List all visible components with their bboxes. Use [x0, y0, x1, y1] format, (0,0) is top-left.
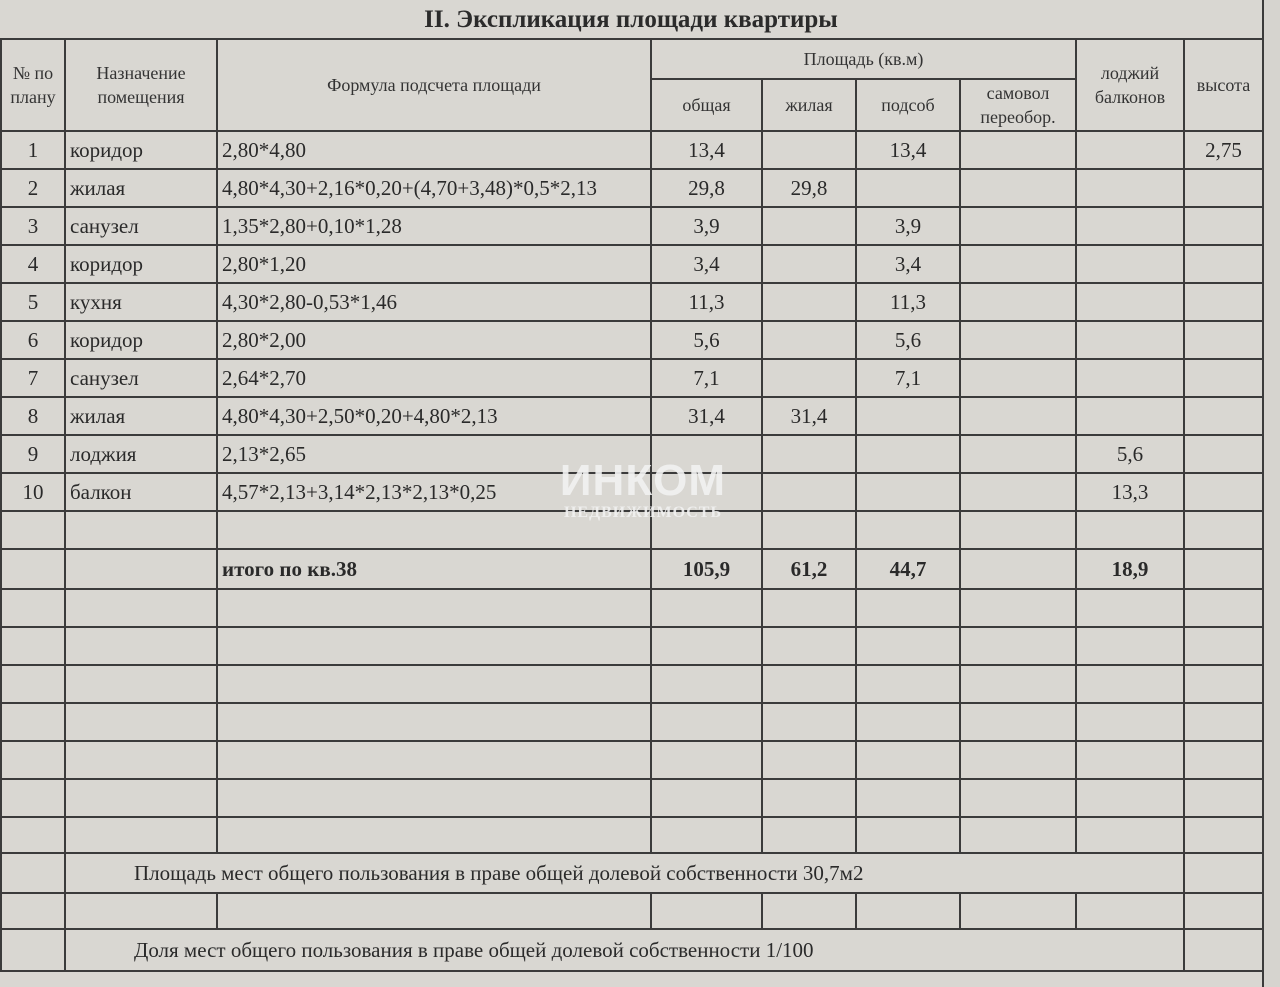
area-formula: 4,80*4,30+2,50*0,20+4,80*2,13 — [217, 397, 651, 435]
header-auxiliary: подсоб — [856, 79, 960, 131]
area-unauthorized — [960, 245, 1076, 283]
empty-cell — [65, 665, 217, 703]
header-living: жилая — [762, 79, 856, 131]
empty-cell — [960, 627, 1076, 665]
empty-cell — [856, 741, 960, 779]
area-auxiliary: 7,1 — [856, 359, 960, 397]
empty-cell — [856, 665, 960, 703]
empty-cell — [217, 779, 651, 817]
empty-cell — [856, 511, 960, 549]
ceiling-height — [1184, 473, 1263, 511]
empty-cell — [1184, 853, 1263, 893]
empty-cell — [1, 511, 65, 549]
blank-row — [1, 665, 1263, 703]
area-unauthorized — [960, 397, 1076, 435]
area-loggia: 13,3 — [1076, 473, 1184, 511]
empty-cell — [1, 627, 65, 665]
empty-cell — [65, 703, 217, 741]
empty-cell — [1, 549, 65, 589]
empty-cell — [1, 741, 65, 779]
totals-area-auxiliary: 44,7 — [856, 549, 960, 589]
empty-cell — [960, 893, 1076, 929]
row-number: 10 — [1, 473, 65, 511]
row-number: 2 — [1, 169, 65, 207]
empty-cell — [65, 589, 217, 627]
area-unauthorized — [960, 131, 1076, 169]
room-purpose: санузел — [65, 207, 217, 245]
table-row: 7санузел2,64*2,707,17,1 — [1, 359, 1263, 397]
empty-cell — [651, 779, 762, 817]
ceiling-height — [1184, 245, 1263, 283]
common-area-note: Площадь мест общего пользования в праве … — [65, 853, 1184, 893]
empty-cell — [1184, 817, 1263, 853]
room-purpose: коридор — [65, 131, 217, 169]
area-loggia — [1076, 169, 1184, 207]
empty-cell — [762, 511, 856, 549]
empty-cell — [1076, 779, 1184, 817]
totals-ceiling-height — [1184, 549, 1263, 589]
empty-cell — [651, 893, 762, 929]
blank-row — [1, 511, 1263, 549]
area-unauthorized — [960, 473, 1076, 511]
empty-cell — [1184, 929, 1263, 971]
empty-cell — [217, 511, 651, 549]
area-loggia — [1076, 397, 1184, 435]
area-total: 3,9 — [651, 207, 762, 245]
area-total: 29,8 — [651, 169, 762, 207]
empty-cell — [1076, 627, 1184, 665]
empty-cell — [1, 665, 65, 703]
area-explication-table: № по плану Назначение помещения Формула … — [0, 38, 1264, 972]
empty-cell — [1, 817, 65, 853]
area-unauthorized — [960, 207, 1076, 245]
ceiling-height — [1184, 359, 1263, 397]
area-formula: 2,80*2,00 — [217, 321, 651, 359]
area-auxiliary — [856, 169, 960, 207]
empty-cell — [217, 817, 651, 853]
empty-cell — [856, 893, 960, 929]
empty-cell — [856, 817, 960, 853]
area-total — [651, 435, 762, 473]
empty-cell — [1184, 741, 1263, 779]
row-number: 7 — [1, 359, 65, 397]
empty-cell — [651, 627, 762, 665]
area-total: 13,4 — [651, 131, 762, 169]
room-purpose: коридор — [65, 245, 217, 283]
empty-cell — [1184, 665, 1263, 703]
area-living — [762, 435, 856, 473]
row-number: 6 — [1, 321, 65, 359]
empty-cell — [1, 589, 65, 627]
area-total: 7,1 — [651, 359, 762, 397]
empty-cell — [1076, 741, 1184, 779]
header-unauthorized: самовол переобор. — [960, 79, 1076, 131]
area-living — [762, 207, 856, 245]
empty-cell — [856, 779, 960, 817]
area-total: 11,3 — [651, 283, 762, 321]
table-row: 5кухня4,30*2,80-0,53*1,4611,311,3 — [1, 283, 1263, 321]
blank-row — [1, 703, 1263, 741]
table-row: 8жилая4,80*4,30+2,50*0,20+4,80*2,1331,43… — [1, 397, 1263, 435]
area-living — [762, 473, 856, 511]
table-row: 2жилая4,80*4,30+2,16*0,20+(4,70+3,48)*0,… — [1, 169, 1263, 207]
area-unauthorized — [960, 321, 1076, 359]
blank-row — [1, 589, 1263, 627]
area-unauthorized — [960, 169, 1076, 207]
empty-cell — [1, 703, 65, 741]
row-number: 9 — [1, 435, 65, 473]
empty-cell — [217, 703, 651, 741]
ceiling-height — [1184, 207, 1263, 245]
area-living — [762, 131, 856, 169]
empty-cell — [65, 549, 217, 589]
table-row: 4коридор2,80*1,203,43,4 — [1, 245, 1263, 283]
area-formula: 4,57*2,13+3,14*2,13*2,13*0,25 — [217, 473, 651, 511]
totals-area-total: 105,9 — [651, 549, 762, 589]
note-row: Доля мест общего пользования в праве общ… — [1, 929, 1263, 971]
empty-cell — [65, 893, 217, 929]
empty-cell — [1184, 779, 1263, 817]
empty-cell — [1076, 703, 1184, 741]
area-auxiliary: 5,6 — [856, 321, 960, 359]
empty-cell — [651, 817, 762, 853]
area-loggia: 5,6 — [1076, 435, 1184, 473]
area-loggia — [1076, 207, 1184, 245]
empty-cell — [762, 817, 856, 853]
header-formula: Формула подсчета площади — [217, 39, 651, 131]
room-purpose: кухня — [65, 283, 217, 321]
area-living: 31,4 — [762, 397, 856, 435]
area-auxiliary: 11,3 — [856, 283, 960, 321]
totals-area-living: 61,2 — [762, 549, 856, 589]
empty-cell — [1076, 817, 1184, 853]
area-formula: 4,80*4,30+2,16*0,20+(4,70+3,48)*0,5*2,13 — [217, 169, 651, 207]
area-living — [762, 283, 856, 321]
empty-cell — [1184, 893, 1263, 929]
empty-cell — [1076, 893, 1184, 929]
empty-cell — [762, 627, 856, 665]
empty-cell — [960, 817, 1076, 853]
totals-area-unauthorized — [960, 549, 1076, 589]
area-loggia — [1076, 245, 1184, 283]
empty-cell — [1184, 627, 1263, 665]
empty-cell — [651, 741, 762, 779]
area-auxiliary — [856, 397, 960, 435]
empty-cell — [856, 627, 960, 665]
blank-row — [1, 893, 1263, 929]
common-share-note: Доля мест общего пользования в праве общ… — [65, 929, 1184, 971]
table-row: 1коридор2,80*4,8013,413,42,75 — [1, 131, 1263, 169]
row-number: 3 — [1, 207, 65, 245]
empty-cell — [1076, 665, 1184, 703]
area-total — [651, 473, 762, 511]
area-formula: 2,13*2,65 — [217, 435, 651, 473]
empty-cell — [65, 741, 217, 779]
table-row: 10балкон4,57*2,13+3,14*2,13*2,13*0,2513,… — [1, 473, 1263, 511]
room-purpose: лоджия — [65, 435, 217, 473]
empty-cell — [651, 665, 762, 703]
ceiling-height — [1184, 169, 1263, 207]
row-number: 8 — [1, 397, 65, 435]
empty-cell — [1076, 589, 1184, 627]
empty-cell — [217, 589, 651, 627]
document-title: II. Экспликация площади квартиры — [0, 2, 1262, 38]
area-auxiliary — [856, 435, 960, 473]
ceiling-height — [1184, 397, 1263, 435]
area-loggia — [1076, 131, 1184, 169]
ceiling-height: 2,75 — [1184, 131, 1263, 169]
table-row: 9лоджия2,13*2,655,6 — [1, 435, 1263, 473]
empty-cell — [1, 893, 65, 929]
empty-cell — [762, 741, 856, 779]
ceiling-height — [1184, 321, 1263, 359]
empty-cell — [65, 779, 217, 817]
empty-cell — [856, 703, 960, 741]
area-loggia — [1076, 283, 1184, 321]
area-auxiliary — [856, 473, 960, 511]
totals-area-loggia: 18,9 — [1076, 549, 1184, 589]
area-auxiliary: 13,4 — [856, 131, 960, 169]
area-total: 5,6 — [651, 321, 762, 359]
header-height: высота — [1184, 39, 1263, 131]
empty-cell — [762, 665, 856, 703]
empty-cell — [217, 627, 651, 665]
empty-cell — [651, 589, 762, 627]
empty-cell — [1, 779, 65, 817]
area-formula: 2,80*1,20 — [217, 245, 651, 283]
area-formula: 1,35*2,80+0,10*1,28 — [217, 207, 651, 245]
area-formula: 2,64*2,70 — [217, 359, 651, 397]
empty-cell — [762, 893, 856, 929]
area-auxiliary: 3,9 — [856, 207, 960, 245]
blank-row — [1, 779, 1263, 817]
empty-cell — [217, 893, 651, 929]
empty-cell — [651, 703, 762, 741]
area-loggia — [1076, 359, 1184, 397]
empty-cell — [960, 741, 1076, 779]
row-number: 4 — [1, 245, 65, 283]
area-total: 31,4 — [651, 397, 762, 435]
empty-cell — [960, 665, 1076, 703]
room-purpose: балкон — [65, 473, 217, 511]
blank-row — [1, 741, 1263, 779]
empty-cell — [856, 589, 960, 627]
empty-cell — [960, 703, 1076, 741]
area-formula: 4,30*2,80-0,53*1,46 — [217, 283, 651, 321]
empty-cell — [1184, 511, 1263, 549]
header-loggias: лоджий балконов — [1076, 39, 1184, 131]
empty-cell — [762, 589, 856, 627]
area-formula: 2,80*4,80 — [217, 131, 651, 169]
area-living — [762, 245, 856, 283]
room-purpose: коридор — [65, 321, 217, 359]
area-total: 3,4 — [651, 245, 762, 283]
area-unauthorized — [960, 359, 1076, 397]
area-living — [762, 321, 856, 359]
room-purpose: санузел — [65, 359, 217, 397]
empty-cell — [65, 627, 217, 665]
table-row: 6коридор2,80*2,005,65,6 — [1, 321, 1263, 359]
header-total: общая — [651, 79, 762, 131]
blank-row — [1, 627, 1263, 665]
note-row: Площадь мест общего пользования в праве … — [1, 853, 1263, 893]
room-purpose: жилая — [65, 169, 217, 207]
area-living — [762, 359, 856, 397]
header-purpose: Назначение помещения — [65, 39, 217, 131]
header-plan-no: № по плану — [1, 39, 65, 131]
empty-cell — [960, 511, 1076, 549]
empty-cell — [1, 929, 65, 971]
area-unauthorized — [960, 435, 1076, 473]
empty-cell — [1076, 511, 1184, 549]
empty-cell — [651, 511, 762, 549]
area-auxiliary: 3,4 — [856, 245, 960, 283]
row-number: 1 — [1, 131, 65, 169]
empty-cell — [217, 665, 651, 703]
document-sheet: II. Экспликация площади квартиры № по пл… — [0, 0, 1264, 987]
table-row: 3санузел1,35*2,80+0,10*1,283,93,9 — [1, 207, 1263, 245]
blank-row — [1, 817, 1263, 853]
empty-cell — [960, 589, 1076, 627]
area-living: 29,8 — [762, 169, 856, 207]
empty-cell — [1184, 703, 1263, 741]
empty-cell — [1, 853, 65, 893]
empty-cell — [1184, 589, 1263, 627]
header-area-group: Площадь (кв.м) — [651, 39, 1076, 79]
ceiling-height — [1184, 435, 1263, 473]
empty-cell — [65, 511, 217, 549]
area-unauthorized — [960, 283, 1076, 321]
totals-label: итого по кв.38 — [217, 549, 651, 589]
room-purpose: жилая — [65, 397, 217, 435]
empty-cell — [762, 703, 856, 741]
empty-cell — [217, 741, 651, 779]
totals-row: итого по кв.38105,961,244,718,9 — [1, 549, 1263, 589]
ceiling-height — [1184, 283, 1263, 321]
row-number: 5 — [1, 283, 65, 321]
empty-cell — [960, 779, 1076, 817]
empty-cell — [65, 817, 217, 853]
empty-cell — [762, 779, 856, 817]
area-loggia — [1076, 321, 1184, 359]
